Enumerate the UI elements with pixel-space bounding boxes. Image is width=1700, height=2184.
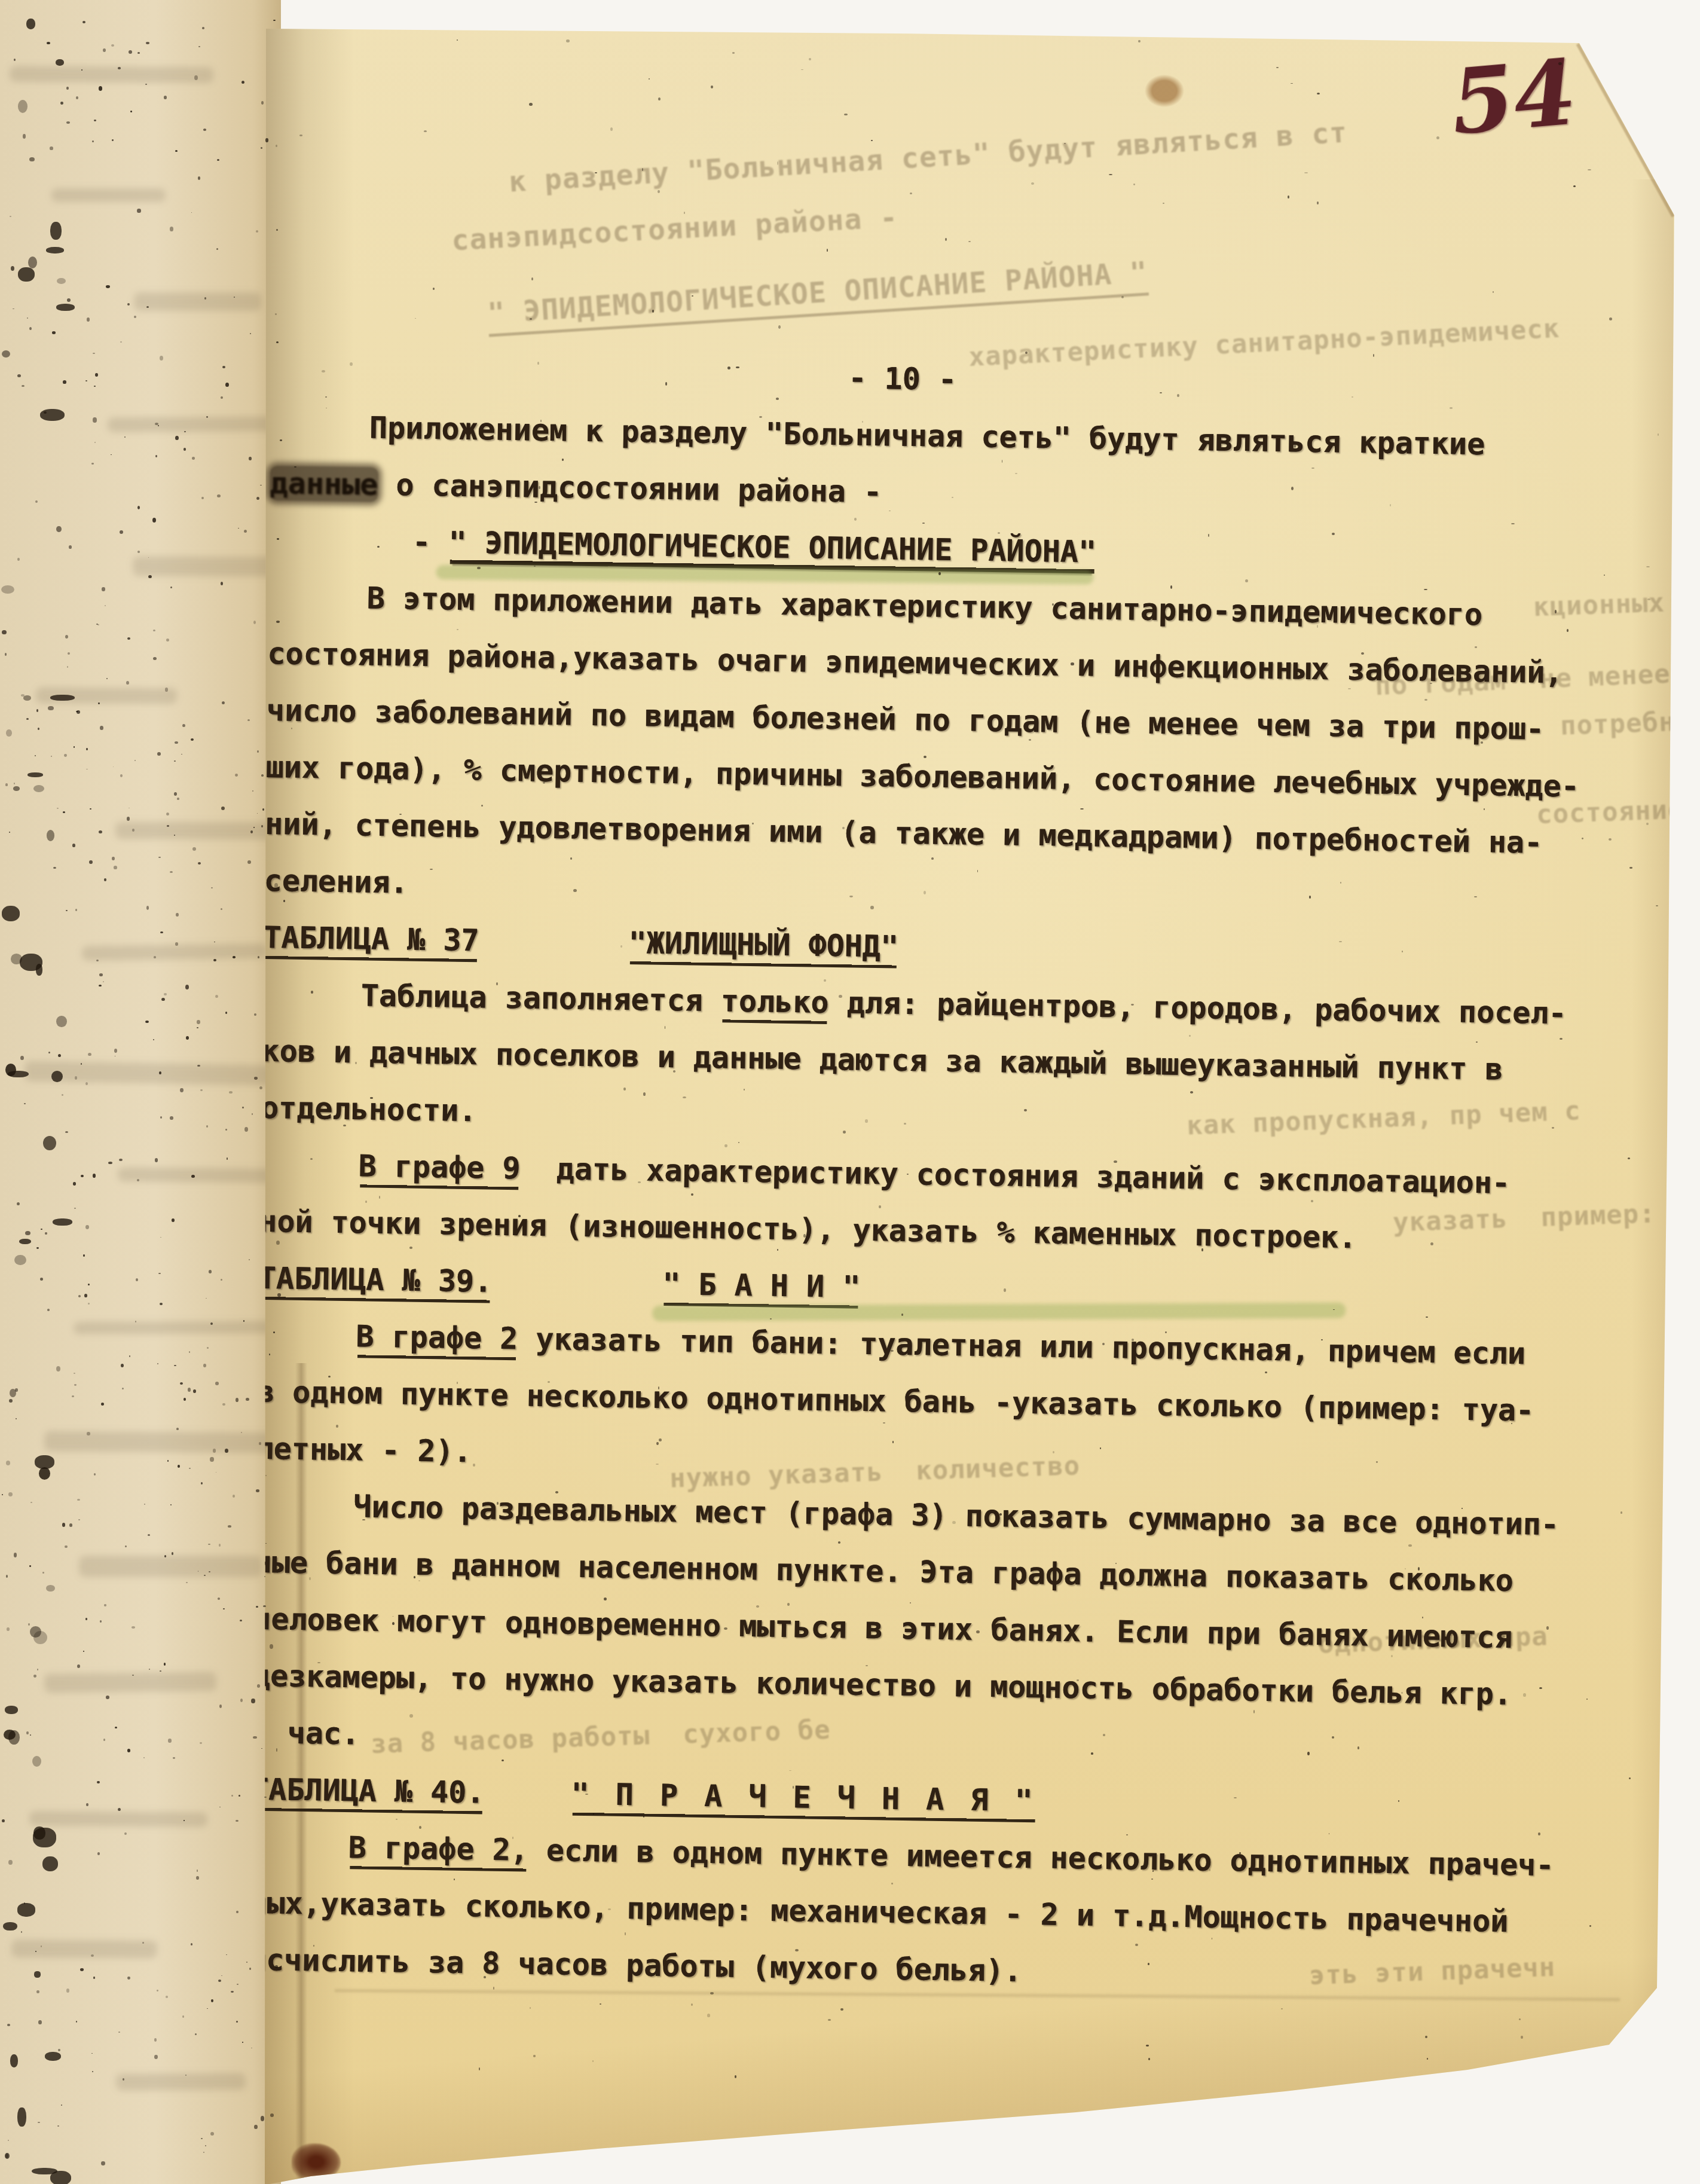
line-text: - — [412, 525, 449, 560]
handwritten-folio-number: 54 — [1447, 39, 1580, 155]
line-text: Таблица заполняется — [361, 978, 721, 1018]
green-pencil-mark — [652, 1303, 1346, 1321]
previous-page-edge — [0, 0, 281, 2184]
spacer — [479, 951, 628, 953]
document-scan: к разделу "Больничная сеть" будут являть… — [0, 0, 1700, 2184]
spacer — [484, 1803, 571, 1804]
line-text: отдельности. — [261, 1091, 477, 1128]
table-label: ТАБЛИЦА № 40. — [250, 1772, 485, 1812]
line-text: селения. — [264, 863, 408, 900]
line-text: для: райцентров, городов, рабочих посел- — [828, 985, 1567, 1031]
table-label: ТАБЛИЦА № 39. — [258, 1261, 493, 1300]
underlined-term: В графе 2 — [356, 1319, 518, 1357]
line-text: летных - 2). — [255, 1431, 472, 1469]
paper-top-edge — [265, 22, 1616, 35]
spacer — [492, 1292, 662, 1294]
typed-text-block: - 10 - Приложением к разделу "Больничная… — [247, 350, 1623, 2017]
paper-right-edge — [1632, 179, 1674, 2033]
bleed-through-text: к разделу "Больничная сеть" будут являть… — [508, 115, 1349, 198]
underlined-term: В графе 9 — [358, 1148, 521, 1187]
overstruck-word: данные — [270, 466, 378, 502]
underlined-term: В графе 2, — [348, 1830, 528, 1868]
line-text: о санэпидсостоянии района - — [378, 468, 882, 509]
underlined-term: только — [721, 983, 829, 1021]
line-text: исчислить за 8 часов работы (мухого бель… — [248, 1942, 1022, 1988]
table-title: " П Р А Ч Е Ч Н А Я " — [571, 1777, 1037, 1820]
table-title: "ЖИЛИЩНЫЙ ФОНД" — [628, 925, 898, 966]
table-label: ТАБЛИЦА № 37 — [263, 920, 479, 959]
table-title: " Б А Н И " — [662, 1267, 861, 1306]
ink-stain — [292, 2143, 341, 2180]
line-text: ' час. — [251, 1715, 359, 1752]
bleed-through-heading: " ЭПИДЕМОЛОГИЧЕСКОЕ ОПИСАНИЕ РАЙОНА " — [487, 255, 1149, 337]
bleed-through-text: санэпидсостоянии района - — [451, 200, 898, 257]
